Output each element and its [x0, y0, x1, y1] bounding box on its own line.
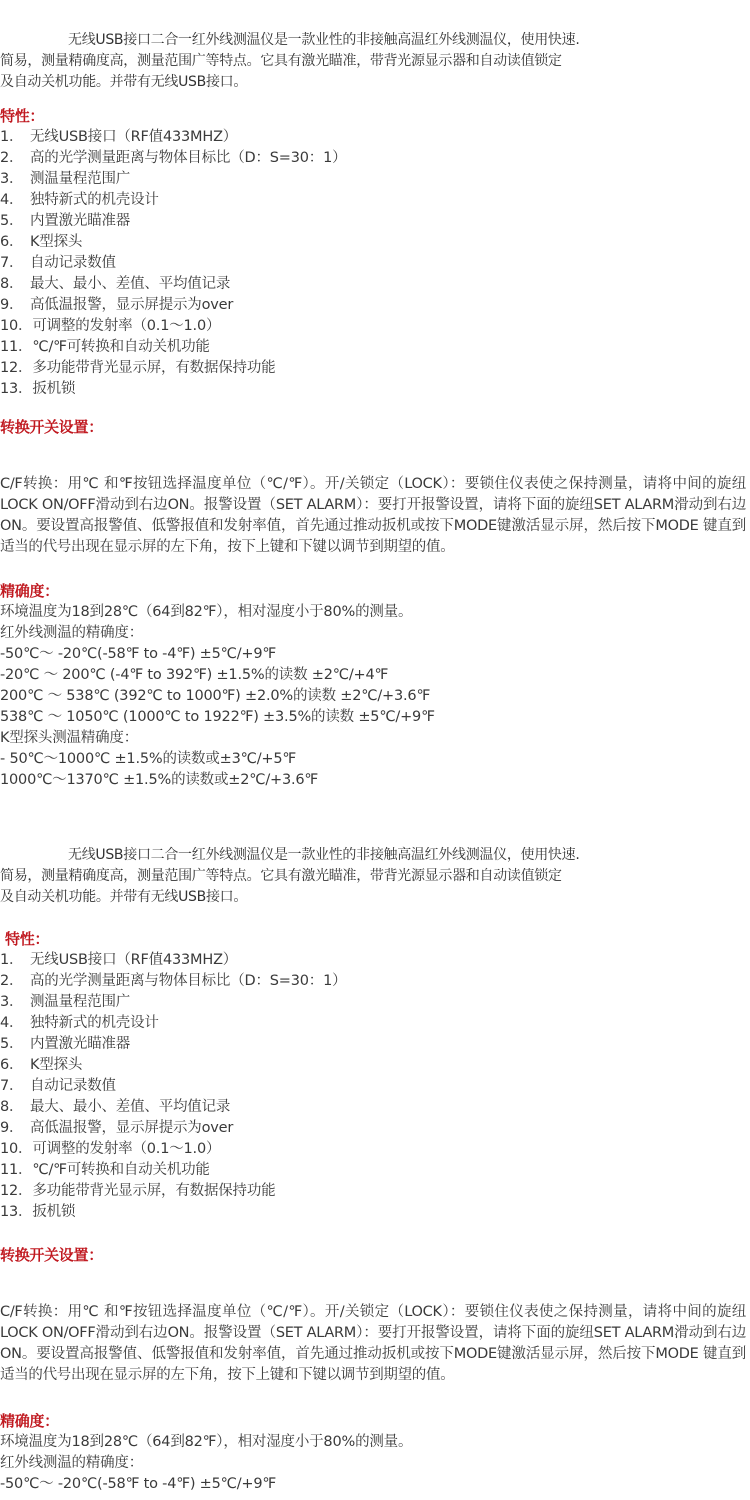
switch-settings-section-1: 转换开关设置： C/F转换：用℃ 和℉按钮选择温度单位（℃/℉）。开/关锁定（L…	[0, 416, 750, 558]
list-item: 4．独特新式的机壳设计	[0, 1013, 750, 1034]
intro-line-1: 无线USB接口二合一红外线测温仪是一款业性的非接触高温红外线测温仪，使用快速.	[68, 32, 580, 48]
item-text: 自动记录数值	[30, 1078, 116, 1094]
item-number: 7．	[0, 1076, 30, 1097]
item-text: 内置激光瞄准器	[30, 213, 130, 229]
ir-accuracy-title: 红外线测温的精确度：	[0, 623, 750, 644]
list-item: 8．最大、最小、差值、平均值记录	[0, 1097, 750, 1118]
item-text: 高低温报警，显示屏提示为over	[30, 297, 233, 313]
item-text: 无线USB接口（RF值433MHZ）	[30, 952, 237, 968]
list-item: 8．最大、最小、差值、平均值记录	[0, 274, 750, 295]
item-text: 扳机锁	[32, 1204, 75, 1220]
item-text: ℃/℉可转换和自动关机功能	[32, 339, 209, 355]
item-number: 6．	[0, 1055, 30, 1076]
item-text: 最大、最小、差值、平均值记录	[30, 276, 230, 292]
features-list: 1．无线USB接口（RF值433MHZ） 2．高的光学测量距离与物体目标比（D：…	[0, 950, 750, 1223]
features-title: 特性：	[0, 928, 750, 950]
item-number: 11．	[0, 337, 32, 358]
list-item: 1．无线USB接口（RF值433MHZ）	[0, 950, 750, 971]
list-item: 10．可调整的发射率（0.1～1.0）	[0, 316, 750, 337]
item-number: 3．	[0, 992, 30, 1013]
item-number: 1．	[0, 127, 30, 148]
intro-line-1: 无线USB接口二合一红外线测温仪是一款业性的非接触高温红外线测温仪，使用快速.	[68, 847, 580, 863]
intro-line-3: 及自动关机功能。并带有无线USB接口。	[0, 74, 247, 90]
item-number: 3．	[0, 169, 30, 190]
item-number: 5．	[0, 211, 30, 232]
item-number: 8．	[0, 274, 30, 295]
item-text: 高的光学测量距离与物体目标比（D：S=30：1）	[30, 973, 346, 989]
intro-line-2: 简易，测量精确度高，测量范围广等特点。它具有激光瞄准，带背光源显示器和自动读值锁…	[0, 53, 562, 69]
accuracy-title: 精确度：	[0, 1410, 750, 1432]
switch-settings-title: 转换开关设置：	[0, 416, 750, 438]
intro-line-3: 及自动关机功能。并带有无线USB接口。	[0, 889, 247, 905]
list-item: 6．K型探头	[0, 1055, 750, 1076]
list-item: 9．高低温报警，显示屏提示为over	[0, 295, 750, 316]
item-text: 自动记录数值	[30, 255, 116, 271]
list-item: 7．自动记录数值	[0, 1076, 750, 1097]
list-item: 13．扳机锁	[0, 1202, 750, 1223]
ir-accuracy-line: 538℃ ～ 1050℃ (1000℃ to 1922℉) ±3.5%的读数 ±…	[0, 707, 750, 728]
item-text: 多功能带背光显示屏，有数据保持功能	[32, 1183, 275, 1199]
item-text: 无线USB接口（RF值433MHZ）	[30, 129, 237, 145]
list-item: 7．自动记录数值	[0, 253, 750, 274]
item-text: 最大、最小、差值、平均值记录	[30, 1099, 230, 1115]
item-text: K型探头	[30, 234, 82, 250]
list-item: 3．测温量程范围广	[0, 169, 750, 190]
item-number: 4．	[0, 190, 30, 211]
item-number: 8．	[0, 1097, 30, 1118]
list-item: 2．高的光学测量距离与物体目标比（D：S=30：1）	[0, 148, 750, 169]
list-item: 4．独特新式的机壳设计	[0, 190, 750, 211]
item-number: 9．	[0, 295, 30, 316]
list-item: 6．K型探头	[0, 232, 750, 253]
item-text: 独特新式的机壳设计	[30, 1015, 159, 1031]
list-item: 12．多功能带背光显示屏，有数据保持功能	[0, 1181, 750, 1202]
switch-settings-text: C/F转换：用℃ 和℉按钮选择温度单位（℃/℉）。开/关锁定（LOCK）：要锁住…	[0, 1302, 750, 1386]
item-text: 内置激光瞄准器	[30, 1036, 130, 1052]
item-number: 11．	[0, 1160, 32, 1181]
list-item: 3．测温量程范围广	[0, 992, 750, 1013]
features-section-1: 特性： 1．无线USB接口（RF值433MHZ） 2．高的光学测量距离与物体目标…	[0, 105, 750, 400]
switch-settings-title: 转换开关设置：	[0, 1244, 750, 1266]
accuracy-section-1: 精确度： 环境温度为18到28℃（64到82℉），相对湿度小于80%的测量。 红…	[0, 580, 750, 791]
item-number: 2．	[0, 148, 30, 169]
item-text: 多功能带背光显示屏，有数据保持功能	[32, 360, 275, 376]
features-section-2: 特性： 1．无线USB接口（RF值433MHZ） 2．高的光学测量距离与物体目标…	[0, 928, 750, 1223]
item-text: 测温量程范围广	[30, 994, 130, 1010]
intro-paragraph: 无线USB接口二合一红外线测温仪是一款业性的非接触高温红外线测温仪，使用快速. …	[0, 30, 750, 93]
ir-accuracy-title: 红外线测温的精确度：	[0, 1453, 750, 1474]
item-text: ℃/℉可转换和自动关机功能	[32, 1162, 209, 1178]
list-item: 13．扳机锁	[0, 379, 750, 400]
list-item: 10．可调整的发射率（0.1～1.0）	[0, 1139, 750, 1160]
item-text: 可调整的发射率（0.1～1.0）	[32, 318, 220, 334]
k-probe-accuracy-line: 1000℃～1370℃ ±1.5%的读数或±2℃/+3.6℉	[0, 770, 750, 791]
k-probe-accuracy-title: K型探头测温精确度：	[0, 728, 750, 749]
switch-settings-section-2: 转换开关设置： C/F转换：用℃ 和℉按钮选择温度单位（℃/℉）。开/关锁定（L…	[0, 1244, 750, 1386]
item-number: 10．	[0, 1139, 32, 1160]
list-item: 11．℃/℉可转换和自动关机功能	[0, 1160, 750, 1181]
list-item: 5．内置激光瞄准器	[0, 211, 750, 232]
item-number: 4．	[0, 1013, 30, 1034]
switch-settings-text: C/F转换：用℃ 和℉按钮选择温度单位（℃/℉）。开/关锁定（LOCK）：要锁住…	[0, 474, 750, 558]
features-title: 特性：	[0, 105, 750, 127]
item-number: 12．	[0, 358, 32, 379]
list-item: 1．无线USB接口（RF值433MHZ）	[0, 127, 750, 148]
list-item: 2．高的光学测量距离与物体目标比（D：S=30：1）	[0, 971, 750, 992]
item-number: 1．	[0, 950, 30, 971]
product-description-block-1: 无线USB接口二合一红外线测温仪是一款业性的非接触高温红外线测温仪，使用快速. …	[0, 30, 750, 93]
item-number: 13．	[0, 379, 32, 400]
list-item: 11．℃/℉可转换和自动关机功能	[0, 337, 750, 358]
item-number: 2．	[0, 971, 30, 992]
ir-accuracy-line: -50℃～ -20℃(-58℉ to -4℉) ±5℃/+9℉	[0, 1474, 750, 1495]
product-description-block-2: 无线USB接口二合一红外线测温仪是一款业性的非接触高温红外线测温仪，使用快速. …	[0, 845, 750, 908]
item-number: 10．	[0, 316, 32, 337]
list-item: 12．多功能带背光显示屏，有数据保持功能	[0, 358, 750, 379]
item-text: 扳机锁	[32, 381, 75, 397]
item-number: 5．	[0, 1034, 30, 1055]
k-probe-accuracy-line: - 50℃～1000℃ ±1.5%的读数或±3℃/+5℉	[0, 749, 750, 770]
features-list: 1．无线USB接口（RF值433MHZ） 2．高的光学测量距离与物体目标比（D：…	[0, 127, 750, 400]
ir-accuracy-line: -20℃ ～ 200℃ (-4℉ to 392℉) ±1.5%的读数 ±2℃/+…	[0, 665, 750, 686]
ambient-conditions: 环境温度为18到28℃（64到82℉），相对湿度小于80%的测量。	[0, 602, 750, 623]
item-number: 12．	[0, 1181, 32, 1202]
item-text: 独特新式的机壳设计	[30, 192, 159, 208]
item-number: 6．	[0, 232, 30, 253]
intro-line-2: 简易，测量精确度高，测量范围广等特点。它具有激光瞄准，带背光源显示器和自动读值锁…	[0, 868, 562, 884]
item-number: 7．	[0, 253, 30, 274]
accuracy-section-2: 精确度： 环境温度为18到28℃（64到82℉），相对湿度小于80%的测量。 红…	[0, 1410, 750, 1495]
accuracy-title: 精确度：	[0, 580, 750, 602]
item-text: K型探头	[30, 1057, 82, 1073]
item-text: 可调整的发射率（0.1～1.0）	[32, 1141, 220, 1157]
item-number: 13．	[0, 1202, 32, 1223]
item-text: 测温量程范围广	[30, 171, 130, 187]
ir-accuracy-line: 200℃ ～ 538℃ (392℃ to 1000℉) ±2.0%的读数 ±2℃…	[0, 686, 750, 707]
ir-accuracy-line: -50℃～ -20℃(-58℉ to -4℉) ±5℃/+9℉	[0, 644, 750, 665]
item-number: 9．	[0, 1118, 30, 1139]
list-item: 9．高低温报警，显示屏提示为over	[0, 1118, 750, 1139]
item-text: 高低温报警，显示屏提示为over	[30, 1120, 233, 1136]
ambient-conditions: 环境温度为18到28℃（64到82℉），相对湿度小于80%的测量。	[0, 1432, 750, 1453]
intro-paragraph: 无线USB接口二合一红外线测温仪是一款业性的非接触高温红外线测温仪，使用快速. …	[0, 845, 750, 908]
item-text: 高的光学测量距离与物体目标比（D：S=30：1）	[30, 150, 346, 166]
list-item: 5．内置激光瞄准器	[0, 1034, 750, 1055]
